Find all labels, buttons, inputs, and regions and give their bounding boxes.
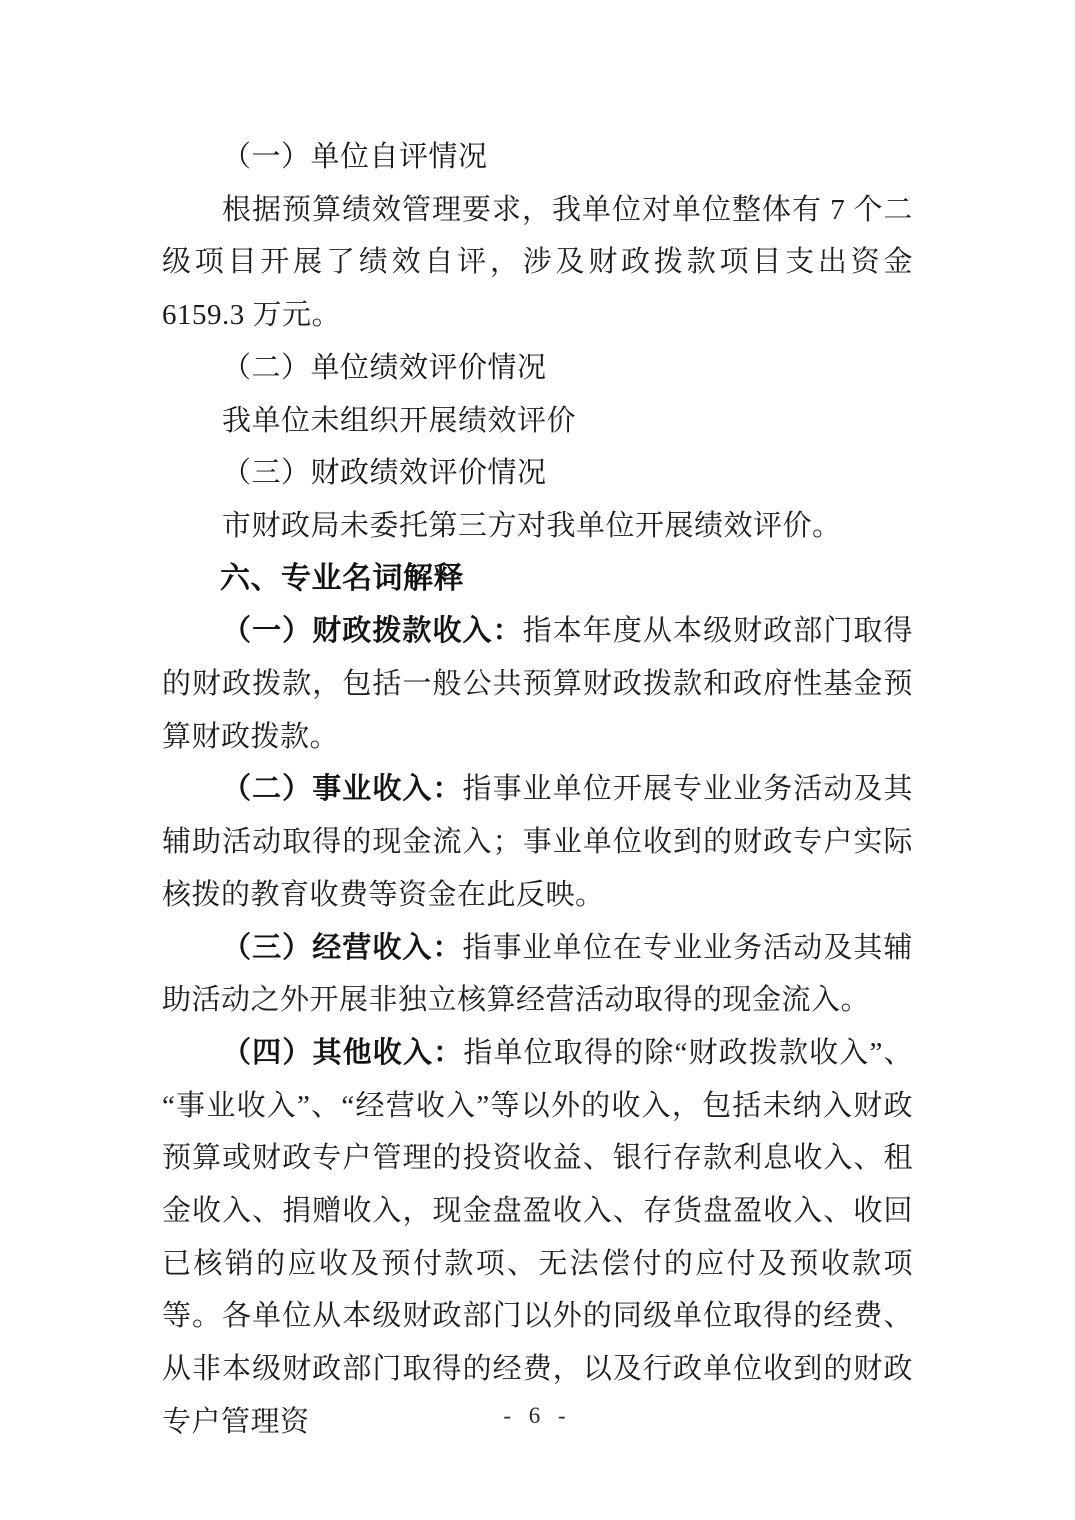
definition-business-income: （三）经营收入：指事业单位在专业业务活动及其辅助活动之外开展非独立核算经营活动取… bbox=[162, 922, 913, 1027]
definition-term: （二）事业收入： bbox=[222, 773, 463, 805]
definition-text: 指单位取得的除“财政拨款收入”、“事业收入”、“经营收入”等以外的收入，包括未纳… bbox=[162, 1037, 913, 1438]
definition-other-income: （四）其他收入：指单位取得的除“财政拨款收入”、“事业收入”、“经营收入”等以外… bbox=[162, 1027, 913, 1449]
definition-term: （三）经营收入： bbox=[222, 932, 463, 964]
paragraph-self-evaluation-detail: 根据预算绩效管理要求，我单位对单位整体有 7 个二级项目开展了绩效自评，涉及财政… bbox=[162, 184, 913, 342]
document-body: （一）单位自评情况 根据预算绩效管理要求，我单位对单位整体有 7 个二级项目开展… bbox=[162, 131, 913, 1449]
definition-fiscal-appropriation-income: （一）财政拨款收入：指本年度从本级财政部门取得的财政拨款，包括一般公共预算财政拨… bbox=[162, 605, 913, 763]
definition-operating-income-institution: （二）事业收入：指事业单位开展专业业务活动及其辅助活动取得的现金流入；事业单位收… bbox=[162, 763, 913, 921]
subheading-unit-performance-evaluation: （二）单位绩效评价情况 bbox=[162, 342, 913, 395]
paragraph-finance-performance-detail: 市财政局未委托第三方对我单位开展绩效评价。 bbox=[162, 500, 913, 553]
section-heading-terminology: 六、专业名词解释 bbox=[162, 553, 913, 606]
subheading-unit-self-evaluation: （一）单位自评情况 bbox=[162, 131, 913, 184]
definition-term: （四）其他收入： bbox=[222, 1037, 463, 1069]
document-page: （一）单位自评情况 根据预算绩效管理要求，我单位对单位整体有 7 个二级项目开展… bbox=[0, 0, 1075, 1520]
definition-term: （一）财政拨款收入： bbox=[222, 615, 523, 647]
paragraph-unit-performance-detail: 我单位未组织开展绩效评价 bbox=[162, 395, 913, 448]
page-number: - 6 - bbox=[0, 1403, 1075, 1429]
subheading-finance-performance-evaluation: （三）财政绩效评价情况 bbox=[162, 447, 913, 500]
